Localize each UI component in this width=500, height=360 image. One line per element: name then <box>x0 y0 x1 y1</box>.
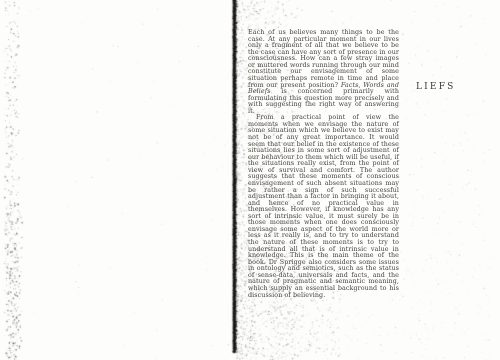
jacket-blurb-text: Each of us believes many things to be th… <box>248 30 399 299</box>
book-gutter-shadow <box>232 0 237 353</box>
blurb-paragraph-1: Each of us believes many things to be th… <box>248 30 399 115</box>
blurb-paragraph-2: From a practical point of view the momen… <box>248 115 399 299</box>
blurb-p1-before-title: Each of us believes many things to be th… <box>248 29 399 89</box>
running-header-fragment: LIEFS <box>416 82 456 92</box>
blurb-p1-after-title: is concerned primarily with formulating … <box>248 88 399 115</box>
scanned-book-page: LIEFS Each of us believes many things to… <box>0 0 500 360</box>
